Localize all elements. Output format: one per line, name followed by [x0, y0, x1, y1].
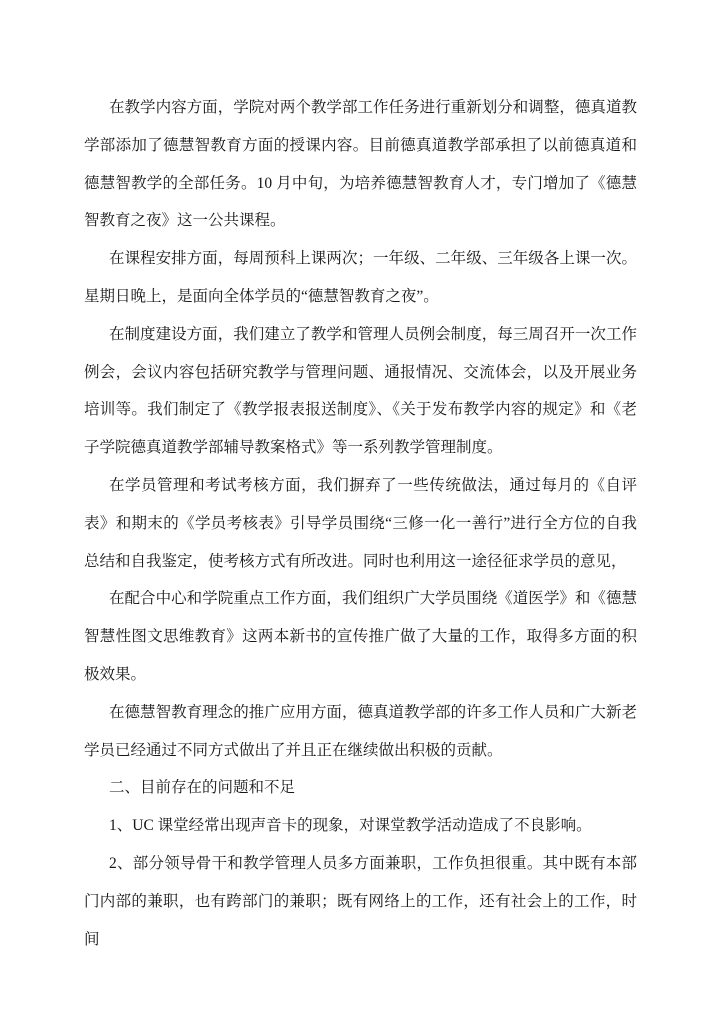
section-heading-problems: 二、目前存在的问题和不足	[84, 769, 637, 807]
paragraph-system-building: 在制度建设方面，我们建立了教学和管理人员例会制度，每三周召开一次工作例会，会议内…	[84, 316, 637, 467]
paragraph-teaching-content: 在教学内容方面，学院对两个教学部工作任务进行重新划分和调整，德真道教学部添加了德…	[84, 89, 637, 240]
paragraph-student-assessment: 在学员管理和考试考核方面，我们摒弃了一些传统做法，通过每月的《自评表》和期末的《…	[84, 467, 637, 580]
paragraph-course-schedule: 在课程安排方面，每周预科上课两次；一年级、二年级、三年级各上课一次。星期日晚上，…	[84, 240, 637, 316]
problem-item-1: 1、UC 课堂经常出现声音卡的现象，对课堂教学活动造成了不良影响。	[84, 807, 637, 845]
problem-item-2: 2、部分领导骨干和教学管理人员多方面兼职，工作负担很重。其中既有本部门内部的兼职…	[84, 845, 637, 958]
paragraph-concept-promotion: 在德慧智教育理念的推广应用方面，德真道教学部的许多工作人员和广大新老学员已经通过…	[84, 694, 637, 770]
document-page: 在教学内容方面，学院对两个教学部工作任务进行重新划分和调整，德真道教学部添加了德…	[0, 0, 721, 1020]
paragraph-key-work: 在配合中心和学院重点工作方面，我们组织广大学员围绕《道医学》和《德慧智慧性图文思…	[84, 580, 637, 693]
